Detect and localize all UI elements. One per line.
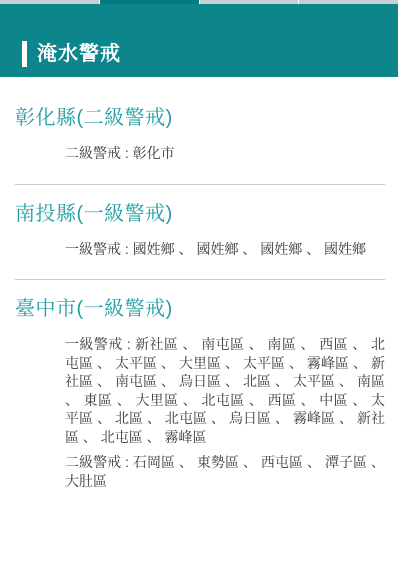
- carousel-indicator-strip: [0, 0, 398, 4]
- county-title: 南投縣(一級警戒): [15, 201, 385, 227]
- county-section: 臺中市(一級警戒)一級警戒 : 新社區 、 南屯區 、 南區 、 西區 、 北屯…: [15, 296, 385, 490]
- carousel-segment-1[interactable]: [0, 0, 99, 4]
- carousel-segment-2[interactable]: [100, 0, 199, 4]
- page-header: 淹水警戒: [0, 4, 398, 77]
- county-title: 臺中市(一級警戒): [15, 296, 385, 322]
- alert-areas-line: 二級警戒 : 石岡區 、 東勢區 、 西屯區 、 潭子區 、 大肚區: [65, 453, 385, 490]
- warning-list: 彰化縣(二級警戒)二級警戒 : 彰化市南投縣(一級警戒)一級警戒 : 國姓鄉 、…: [0, 105, 398, 490]
- alert-areas-line: 二級警戒 : 彰化市: [65, 144, 385, 163]
- county-section: 彰化縣(二級警戒)二級警戒 : 彰化市: [15, 105, 385, 163]
- carousel-segment-3[interactable]: [200, 0, 299, 4]
- alert-areas-line: 一級警戒 : 國姓鄉 、 國姓鄉 、 國姓鄉 、 國姓鄉: [65, 240, 385, 259]
- alert-areas-line: 一級警戒 : 新社區 、 南屯區 、 南區 、 西區 、 北屯區 、 太平區 、…: [65, 335, 385, 446]
- county-section: 南投縣(一級警戒)一級警戒 : 國姓鄉 、 國姓鄉 、 國姓鄉 、 國姓鄉: [15, 201, 385, 259]
- county-title: 彰化縣(二級警戒): [15, 105, 385, 131]
- section-divider: [15, 184, 385, 185]
- carousel-segment-4[interactable]: [299, 0, 398, 4]
- title-accent-bar: [22, 41, 27, 67]
- section-divider: [15, 279, 385, 280]
- page-title: 淹水警戒: [37, 41, 121, 67]
